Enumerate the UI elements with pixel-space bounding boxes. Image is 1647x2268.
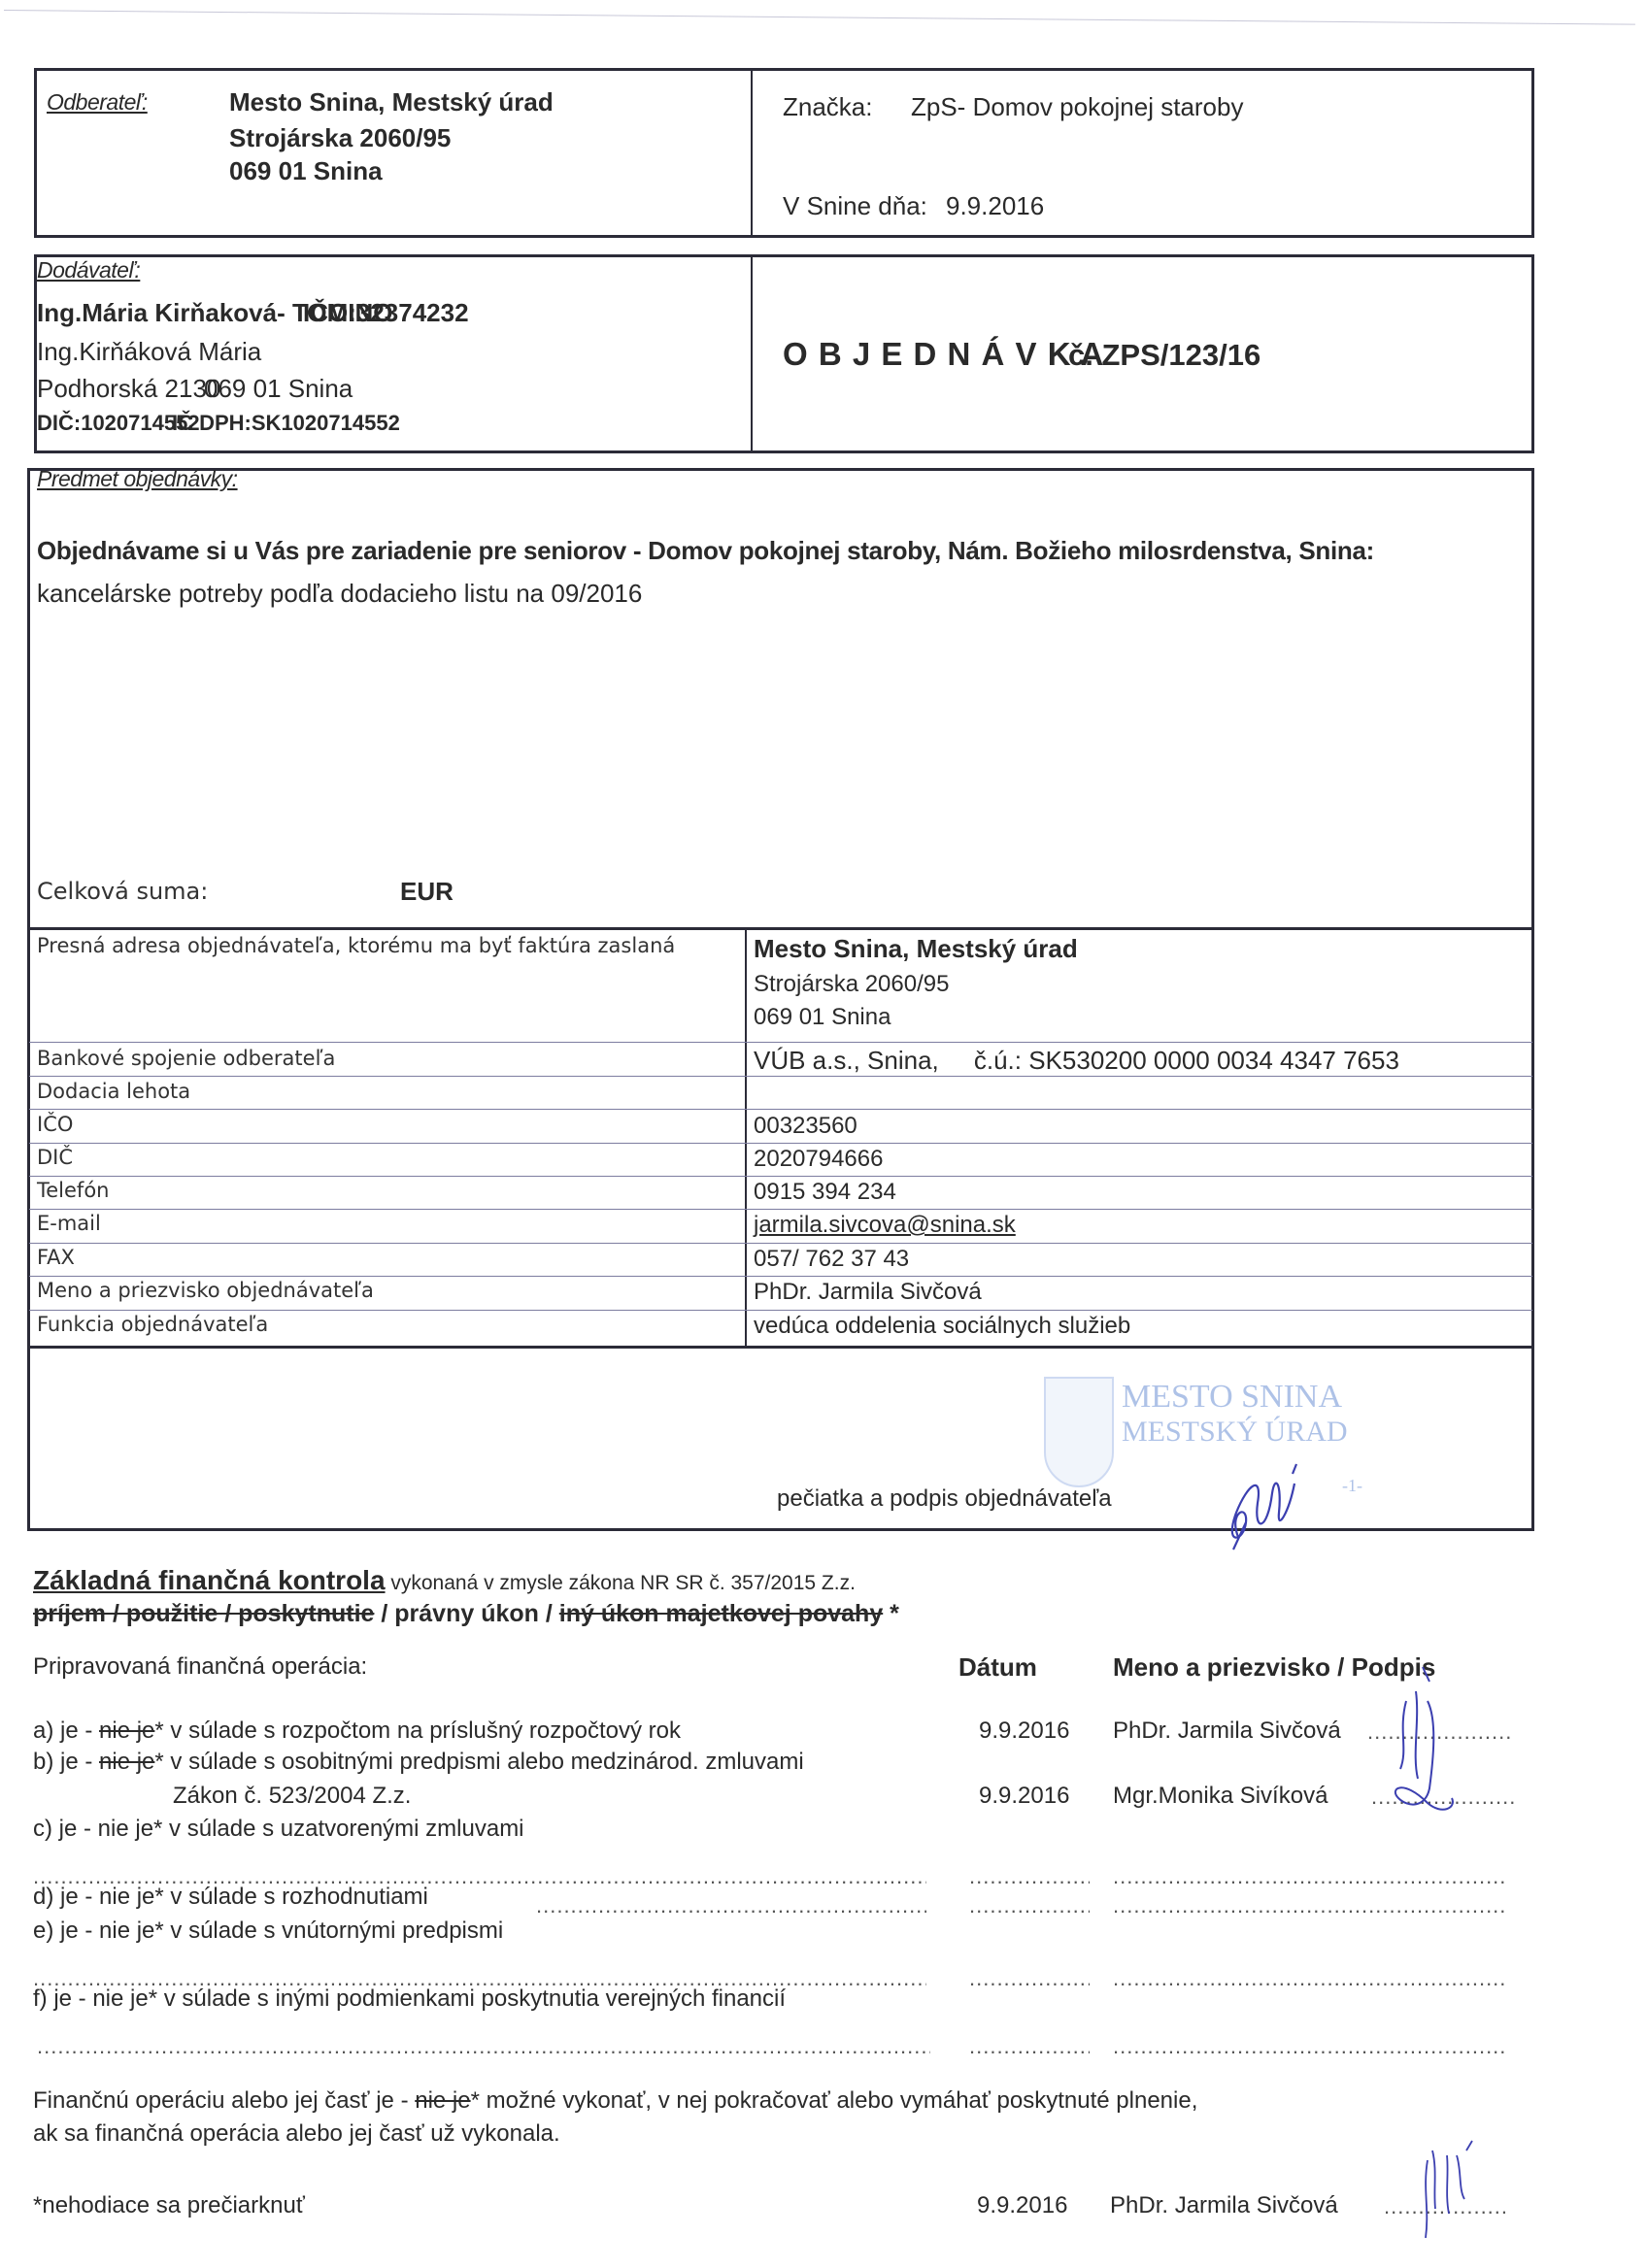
row-value-name: PhDr. Jarmila Sivčová [754,1279,982,1306]
footnote: *nehodiace sa prečiarknuť [33,2192,305,2219]
row-divider [29,1176,1532,1177]
order-number: č. ZPS/123/16 [1068,338,1260,373]
item-text: * v súlade s uzatvorenými zmluvami [153,1816,523,1842]
mark-value: ZpS- Domov pokojnej staroby [911,92,1243,122]
supplier-divider [751,256,753,450]
conclusion-line-2: ak sa finančná operácia alebo jej časť u… [33,2120,560,2148]
total-currency: EUR [400,877,454,907]
address-name: Mesto Snina, Mestský úrad [754,934,1078,964]
row-label-function: Funkcia objednávateľa [37,1313,268,1336]
stamp-line-3: -1- [1342,1476,1362,1496]
control-title-suffix: vykonaná v zmysle zákona NR SR č. 357/20… [386,1572,856,1594]
item-a: a) je - nie je* v súlade s rozpočtom na … [33,1718,681,1745]
item-prefix: e) je - nie je [33,1918,154,1944]
item-d-name-line: ........................................… [1113,1893,1506,1918]
supplier-city: 069 01 Snina [204,374,353,404]
stamp-emblem [1044,1377,1114,1487]
item-d-date-line: ........................................… [969,1893,1090,1918]
conclusion-pre: Finančnú operáciu alebo jej časť je - [33,2087,415,2114]
conclusion-post: * možné vykonať, v nej pokračovať alebo … [471,2087,1198,2114]
signature-final [1408,2131,1486,2248]
row-divider [29,1076,1532,1077]
row-divider [29,1042,1532,1043]
row-value-phone: 0915 394 234 [754,1179,896,1206]
signature-stamp [1219,1445,1335,1551]
item-text: * v súlade s osobitnými predpismi alebo … [154,1749,803,1775]
row-divider [29,1243,1532,1244]
item-struck: nie je [99,1718,154,1744]
item-text: * v súlade s rozpočtom na príslušný rozp… [154,1718,681,1744]
row-label-delivery: Dodacia lehota [37,1080,190,1103]
item-f-date-line: ........................................… [969,2034,1090,2059]
subject-label: Predmet objednávky: [37,466,238,492]
item-f-name-line: ........................................… [1113,2034,1506,2059]
control-type-struck-2: iný úkon majetkovej povahy [559,1600,883,1627]
scan-edge-line [4,10,1635,25]
signature-control [1369,1662,1476,1822]
item-f-operation-line: ........................................… [37,2034,930,2059]
mark-label: Značka: [783,92,873,122]
item-e: e) je - nie je* v súlade s vnútornými pr… [33,1918,503,1945]
item-prefix: a) je - [33,1718,99,1744]
subject-line1: Objednávame si u Vás pre zariadenie pre … [37,536,1374,566]
item-a-name: PhDr. Jarmila Sivčová [1113,1718,1341,1745]
date-label: V Snine dňa: [783,191,927,221]
conclusion-line-1: Finančnú operáciu alebo jej časť je - ni… [33,2087,1197,2115]
details-top-border [29,927,1532,930]
item-text: * v súlade s vnútornými predpismi [154,1918,503,1944]
control-title: Základná finančná kontrola [33,1565,386,1595]
item-c: c) je - nie je* v súlade s uzatvorenými … [33,1816,524,1843]
details-bottom-border [29,1346,1532,1349]
buyer-label: Odberateľ: [47,89,148,116]
control-type-struck-1: príjem / použitie / poskytnutie [33,1600,374,1627]
item-struck: nie je [99,1749,154,1775]
address-street: Strojárska 2060/95 [754,971,949,998]
date-value: 9.9.2016 [946,191,1044,221]
row-value-dic: 2020794666 [754,1146,883,1173]
item-e-name-line: ........................................… [1113,1966,1506,1991]
control-heading: Základná finančná kontrola vykonaná v zm… [33,1565,856,1596]
row-divider [29,1109,1532,1110]
item-text: * v súlade s rozhodnutiami [154,1884,427,1910]
col-operation: Pripravovaná finančná operácia: [33,1653,367,1681]
item-prefix: c) je - nie je [33,1816,153,1842]
asterisk: * [883,1600,899,1627]
address-city: 069 01 Snina [754,1004,891,1031]
row-divider [29,1143,1532,1144]
item-b-date: 9.9.2016 [979,1783,1069,1810]
row-label-email: E-mail [37,1212,101,1235]
row-value-bank: VÚB a.s., Snina, č.ú.: SK530200 0000 003… [754,1046,1399,1076]
supplier-label: Dodávateľ: [37,257,140,283]
details-divider [745,929,747,1347]
row-value-email[interactable]: jarmila.sivcova@snina.sk [754,1212,1016,1239]
order-title: O B J E D N Á V K A [783,336,1104,373]
row-value-function: vedúca oddelenia sociálnych služieb [754,1313,1130,1340]
separator: / [374,1600,394,1627]
subject-line2: kancelárske potreby podľa dodacieho list… [37,579,642,609]
supplier-ico: IČO:32374232 [303,298,469,328]
address-label: Presná adresa objednávateľa, ktorému ma … [37,934,675,957]
separator: / [539,1600,559,1627]
row-label-bank: Bankové spojenie odberateľa [37,1047,335,1070]
item-text: * v súlade s inými podmienkami poskytnut… [149,1985,786,2012]
row-divider [29,1276,1532,1277]
final-name: PhDr. Jarmila Sivčová [1110,2192,1338,2219]
stamp-line-2: MESTSKÝ ÚRAD [1122,1416,1348,1449]
row-divider [29,1209,1532,1210]
row-label-ico: IČO [37,1113,73,1136]
supplier-ic-dph: IČ DPH:SK1020714552 [172,411,400,436]
conclusion-struck: nie je [415,2087,470,2114]
item-c-name-line: ........................................… [1113,1864,1506,1889]
buyer-city: 069 01 Snina [229,156,383,186]
control-type-line: príjem / použitie / poskytnutie / právny… [33,1600,899,1628]
row-label-dic: DIČ [37,1146,73,1169]
item-prefix: b) je - [33,1749,99,1775]
row-label-phone: Telefón [37,1179,109,1202]
row-divider [29,1310,1532,1311]
item-b-name: Mgr.Monika Sivíková [1113,1783,1328,1810]
item-d-operation-line: ........................................… [536,1893,926,1918]
row-label-name: Meno a priezvisko objednávateľa [37,1279,374,1302]
row-value-fax: 057/ 762 37 43 [754,1246,909,1273]
item-a-date: 9.9.2016 [979,1718,1069,1745]
control-type-active: právny úkon [394,1600,539,1627]
row-value-ico: 00323560 [754,1113,857,1140]
subject-box [27,468,1534,1531]
item-d: d) je - nie je* v súlade s rozhodnutiami [33,1884,428,1911]
item-prefix: f) je - nie je [33,1985,149,2012]
total-label: Celková suma: [37,878,208,905]
item-c-date-line: ........................................… [969,1864,1090,1889]
row-label-fax: FAX [37,1246,75,1269]
buyer-name: Mesto Snina, Mestský úrad [229,87,554,117]
supplier-person: Ing.Kirňáková Mária [37,337,261,367]
stamp-line-1: MESTO SNINA [1122,1379,1342,1416]
header-divider [751,70,753,235]
item-b: b) je - nie je* v súlade s osobitnými pr… [33,1749,804,1776]
item-e-date-line: ........................................… [969,1966,1090,1991]
item-prefix: d) je - nie je [33,1884,154,1910]
item-b-sub: Zákon č. 523/2004 Z.z. [173,1783,411,1810]
col-date: Dátum [958,1652,1037,1683]
supplier-street: Podhorská 2130 [37,374,220,404]
buyer-street: Strojárska 2060/95 [229,123,451,153]
stamp-caption: pečiatka a podpis objednávateľa [777,1485,1112,1513]
final-date: 9.9.2016 [977,2192,1067,2219]
item-f: f) je - nie je* v súlade s inými podmien… [33,1985,786,2013]
